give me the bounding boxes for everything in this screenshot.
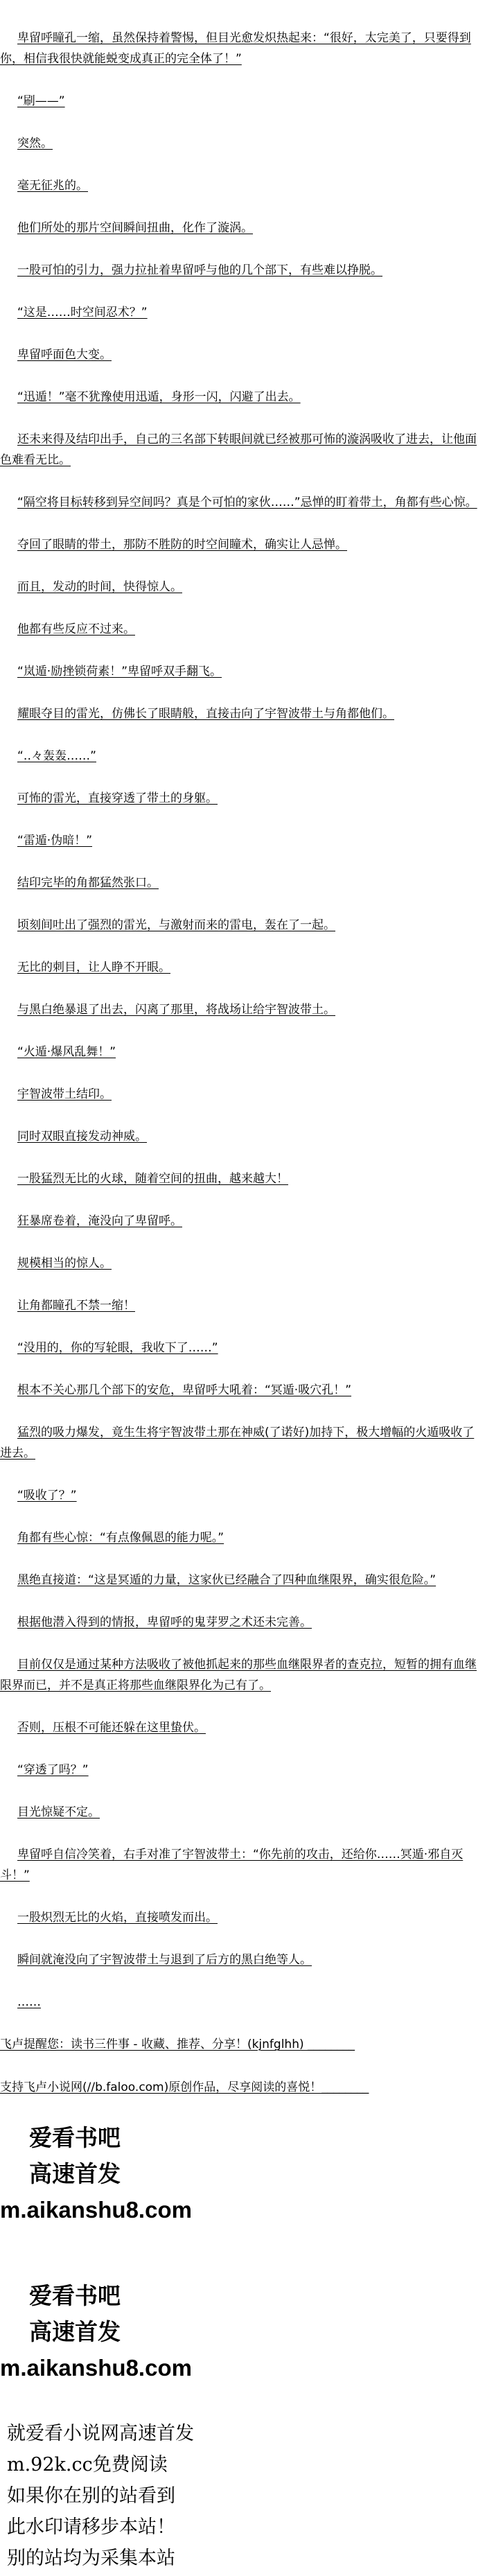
chapter-paragraph: 根据他潜入得到的情报，卑留呼的鬼芽罗之术还未完善。: [0, 1612, 485, 1633]
chapter-paragraph: 一股可怕的引力，强力拉扯着卑留呼与他的几个部下，有些难以挣脱。: [0, 260, 485, 281]
chapter-paragraph: “刷——”: [0, 91, 485, 112]
chapter-paragraph: 规模相当的惊人。: [0, 1253, 485, 1274]
chapter-paragraph: 卑留呼瞳孔一缩，虽然保持着警惕，但目光愈发炽热起来：“很好，太完美了，只要得到你…: [0, 28, 485, 69]
chapter-paragraph: 还未来得及结印出手，自己的三名部下转眼间就已经被那可怖的漩涡吸收了进去，让他面色…: [0, 429, 485, 471]
chapter-paragraph: 突然。: [0, 133, 485, 154]
chapter-paragraph: 卑留呼面色大变。: [0, 344, 485, 365]
chapter-paragraph: 顷刻间吐出了强烈的雷光，与激射而来的雷电，轰在了一起。: [0, 915, 485, 936]
chapter-paragraph: 让角都瞳孔不禁一缩！: [0, 1295, 485, 1316]
watermark-block: 就爱看小说网高速首发m.92k.cc免费阅读如果你在别的站看到此水印请移步本站！…: [0, 2418, 485, 2574]
faloo-reminder-line: 飞卢提醒您：读书三件事 - 收藏、推荐、分享！(kjnfglhh) ______…: [0, 2034, 485, 2055]
chapter-paragraph: “火遁·爆风乱舞！”: [0, 1042, 485, 1062]
promo-site-url: m.aikanshu8.com: [0, 2192, 485, 2228]
chapter-content: 卑留呼瞳孔一缩，虽然保持着警惕，但目光愈发炽热起来：“很好，太完美了，只要得到你…: [0, 28, 485, 2013]
chapter-paragraph: 卑留呼自信冷笑着，右手对准了宇智波带土：“你先前的攻击，还给你……冥遁·邪自灭斗…: [0, 1844, 485, 1886]
chapter-paragraph: “穿透了吗？”: [0, 1760, 485, 1780]
promo-block: 爱看书吧 高速首发 m.aikanshu8.com: [0, 2120, 485, 2228]
faloo-support-line: 支持飞卢小说网(//b.faloo.com)原创作品，尽享阅读的喜悦！_____…: [0, 2077, 485, 2098]
promo-site-name: 爱看书吧: [0, 2278, 485, 2314]
chapter-paragraph: 一股炽烈无比的火焰，直接喷发而出。: [0, 1907, 485, 1928]
promo-speed-line: 高速首发: [0, 2314, 485, 2350]
novel-reader-page: 卑留呼瞳孔一缩，虽然保持着警惕，但目光愈发炽热起来：“很好，太完美了，只要得到你…: [0, 0, 485, 2576]
chapter-paragraph: “岚遁·励挫锁荷素！”卑留呼双手翻飞。: [0, 661, 485, 682]
chapter-paragraph: 目光惊疑不定。: [0, 1802, 485, 1823]
chapter-paragraph: 与黑白绝暴退了出去，闪离了那里，将战场让给宇智波带土。: [0, 999, 485, 1020]
watermark-line: m.92k.cc免费阅读: [7, 2449, 485, 2480]
watermark-line: 就爱看小说网高速首发: [7, 2418, 485, 2449]
chapter-paragraph: 猛烈的吸力爆发，竟生生将宇智波带土那在神威(了诺好)加持下，极大增幅的火遁吸收了…: [0, 1422, 485, 1464]
chapter-paragraph: 可怖的雷光，直接穿透了带土的身躯。: [0, 788, 485, 809]
watermark-line: 别的站均为采集本站: [7, 2543, 485, 2574]
chapter-paragraph: 同时双眼直接发动神威。: [0, 1126, 485, 1147]
chapter-paragraph: 而且，发动的时间，快得惊人。: [0, 577, 485, 597]
chapter-paragraph: 无比的刺目，让人睁不开眼。: [0, 957, 485, 978]
chapter-paragraph: “这是……时空间忍术？”: [0, 302, 485, 323]
promo-block: 爱看书吧 高速首发 m.aikanshu8.com: [0, 2278, 485, 2386]
chapter-paragraph: “吸收了？”: [0, 1485, 485, 1506]
chapter-paragraph: 宇智波带土结印。: [0, 1084, 485, 1105]
chapter-paragraph: 他们所处的那片空间瞬间扭曲，化作了漩涡。: [0, 218, 485, 238]
chapter-paragraph: 耀眼夺目的雷光，仿佛长了眼睛般，直接击向了宇智波带土与角都他们。: [0, 703, 485, 724]
chapter-paragraph: “迅遁！”毫不犹豫使用迅遁，身形一闪，闪避了出去。: [0, 387, 485, 408]
chapter-paragraph: 角都有些心惊：“有点像佩恩的能力呢。”: [0, 1527, 485, 1548]
chapter-paragraph: 瞬间就淹没向了宇智波带土与退到了后方的黑白绝等人。: [0, 1949, 485, 1970]
watermark-line: 此水印请移步本站！: [7, 2512, 485, 2543]
chapter-paragraph: 黑绝直接道：“这是冥遁的力量，这家伙已经融合了四种血继限界，确实很危险。”: [0, 1570, 485, 1591]
chapter-paragraph: “没用的，你的写轮眼，我收下了……”: [0, 1338, 485, 1358]
chapter-paragraph: “隔空将目标转移到异空间吗？真是个可怕的家伙……”忌惮的盯着带土，角都有些心惊。: [0, 492, 485, 513]
chapter-paragraph: 目前仅仅是通过某种方法吸收了被他抓起来的那些血继限界者的查克拉，短暂的拥有血继限…: [0, 1654, 485, 1696]
chapter-paragraph: “‥々轰轰……”: [0, 746, 485, 766]
chapter-paragraph: “雷遁·伪暗！”: [0, 830, 485, 851]
promo-site-url: m.aikanshu8.com: [0, 2350, 485, 2386]
chapter-paragraph: 根本不关心那几个部下的安危，卑留呼大吼着：“冥遁·吸穴孔！”: [0, 1380, 485, 1401]
promo-site-name: 爱看书吧: [0, 2120, 485, 2156]
chapter-paragraph: 一股猛烈无比的火球，随着空间的扭曲，越来越大！: [0, 1168, 485, 1189]
chapter-paragraph: 否则，压根不可能还躲在这里蛰伏。: [0, 1717, 485, 1738]
chapter-paragraph: 毫无征兆的。: [0, 175, 485, 196]
watermark-line: 如果你在别的站看到: [7, 2480, 485, 2512]
chapter-paragraph: 他都有些反应不过来。: [0, 619, 485, 640]
chapter-paragraph: 结印完毕的角都猛然张口。: [0, 873, 485, 893]
chapter-paragraph: 夺回了眼睛的带土，那防不胜防的时空间瞳术，确实让人忌惮。: [0, 534, 485, 555]
promo-speed-line: 高速首发: [0, 2156, 485, 2192]
chapter-paragraph: ……: [0, 1992, 485, 2013]
chapter-paragraph: 狂暴席卷着，淹没向了卑留呼。: [0, 1211, 485, 1232]
